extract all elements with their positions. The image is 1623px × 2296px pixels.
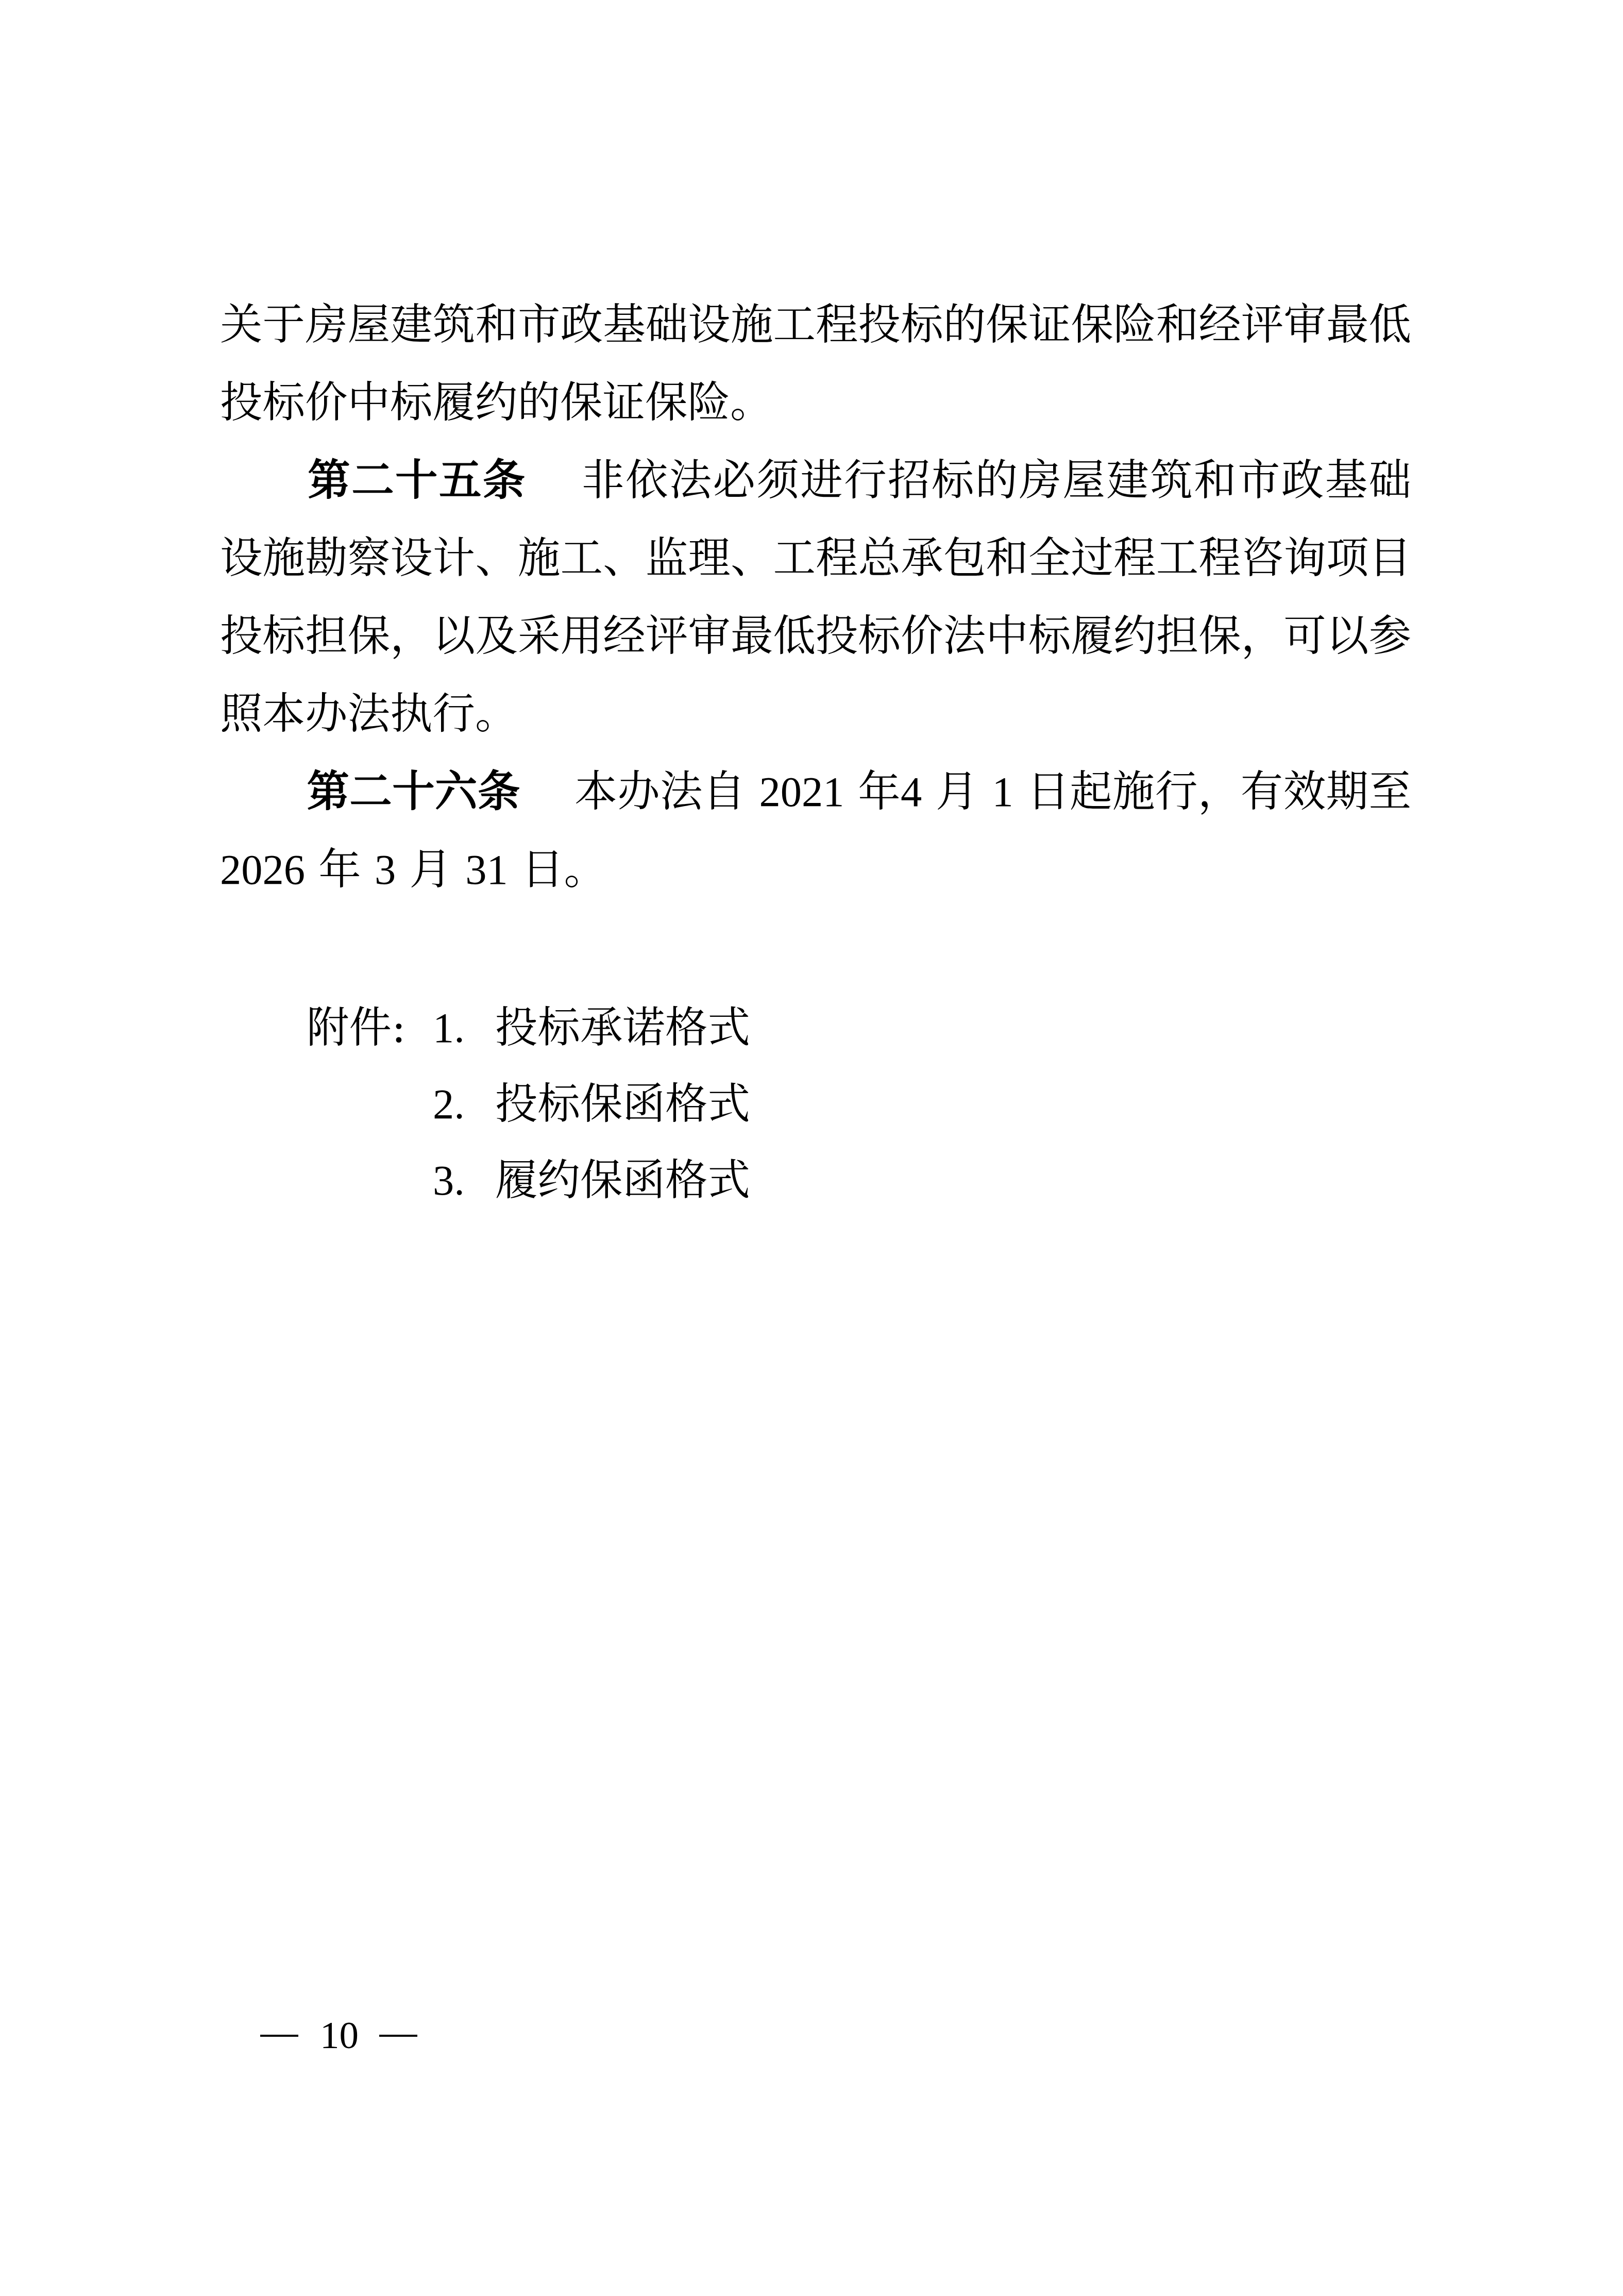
effective-day: 1 [992,768,1013,815]
text-line: 第二十六条本办法自 2021 年4 月 1 日起施行，有效期至 [220,753,1411,831]
attachment-number: 2. [433,1066,465,1142]
attachment-number: 1. [433,990,465,1066]
article-text: 月 [936,767,978,816]
article-26: 第二十六条本办法自 2021 年4 月 1 日起施行，有效期至 2026 年 3… [220,753,1411,909]
effective-month: 4 [901,768,922,815]
article-25: 第二十五条非依法必须进行招标的房屋建筑和市政基础 设施勘察设计、施工、监理、工程… [220,442,1411,753]
page-number-text: 10 [320,2013,359,2059]
text-line: 关于房屋建筑和市政基础设施工程投标的保证保险和经评审最低 [220,286,1411,364]
article-text: 日起施行，有效期至 [1027,767,1411,816]
dash-right [379,2035,417,2037]
article-heading: 第二十六条 [307,767,520,816]
text-line: 投标价中标履约的保证保险。 [220,364,1411,442]
continuation-paragraph: 关于房屋建筑和市政基础设施工程投标的保证保险和经评审最低 投标价中标履约的保证保… [220,286,1411,442]
dash-left [260,2035,298,2037]
expiry-month: 3 [375,846,396,893]
effective-year: 2021 [759,768,844,815]
article-text: 非依法必须进行招标的房屋建筑和市政基础 [581,456,1411,505]
text-line: 2026 年 3 月 31 日。 [220,831,1411,909]
expiry-day: 31 [465,846,508,893]
article-text: 年 [858,767,901,816]
text-line: 投标担保，以及采用经评审最低投标价法中标履约担保，可以参 [220,597,1411,675]
text-line: 第二十五条非依法必须进行招标的房屋建筑和市政基础 [220,442,1411,519]
article-text: 日。 [521,845,606,894]
article-text: 月 [409,845,452,894]
attachment-number: 3. [433,1142,465,1218]
attachment-title: 投标保函格式 [495,1066,750,1142]
page-number: 10 [260,2013,417,2059]
attachments-label: 附件: [307,990,406,1066]
article-text: 本办法自 [574,767,746,816]
document-page: 关于房屋建筑和市政基础设施工程投标的保证保险和经评审最低 投标价中标履约的保证保… [0,0,1623,2296]
article-text: 年 [318,845,361,894]
expiry-year: 2026 [220,846,305,893]
text-line: 设施勘察设计、施工、监理、工程总承包和全过程工程咨询项目 [220,519,1411,597]
text-line: 照本办法执行。 [220,675,1411,753]
article-heading: 第二十五条 [307,456,527,505]
attachment-title: 投标承诺格式 [495,990,750,1066]
attachment-title: 履约保函格式 [495,1142,750,1218]
document-body: 关于房屋建筑和市政基础设施工程投标的保证保险和经评审最低 投标价中标履约的保证保… [220,286,1411,909]
